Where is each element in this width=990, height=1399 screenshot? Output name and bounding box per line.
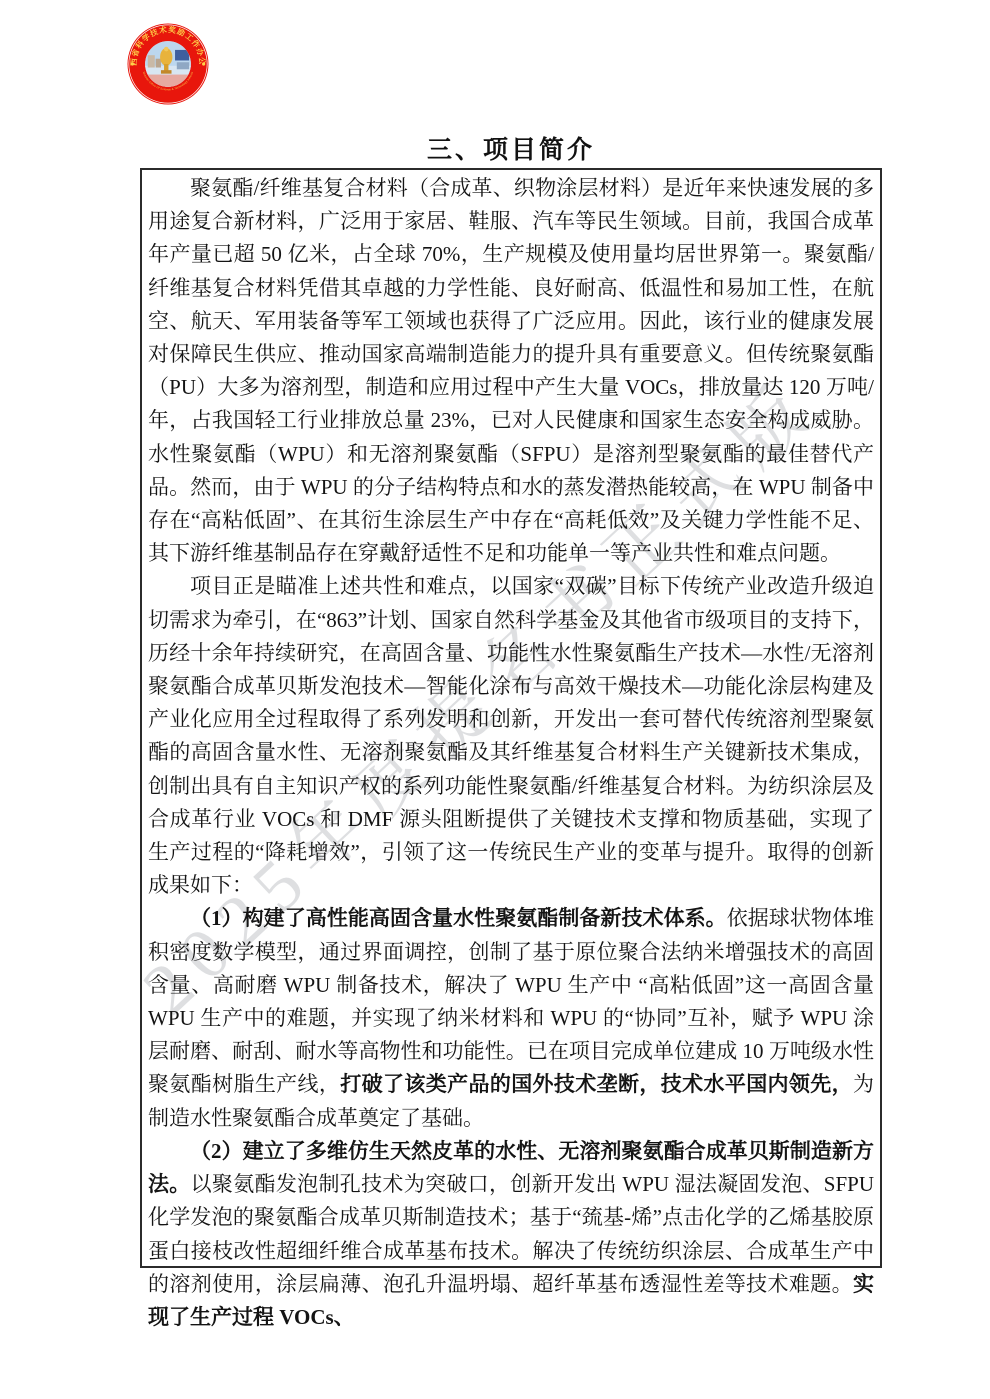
paragraph: 聚氨酯/纤维基复合材料（合成革、织物涂层材料）是近年来快速发展的多用途复合新材料… — [148, 172, 874, 570]
body-text-segment: 聚氨酯/纤维基复合材料（合成革、织物涂层材料）是近年来快速发展的多用途复合新材料… — [148, 176, 874, 565]
body-text-segment: 以聚氨酯发泡制孔技术为突破口，创新开发出 WPU 湿法凝固发泡、SFPU 化学发… — [148, 1172, 874, 1296]
body-text-segment: 项目正是瞄准上述共性和难点，以国家“双碳”目标下传统产业改造升级迫切需求为牵引，… — [148, 574, 874, 897]
paragraph: （1）构建了高性能高固含量水性聚氨酯制备新技术体系。依据球状物体堆积密度数学模型… — [148, 902, 874, 1134]
paragraph: （2）建立了多维仿生天然皮革的水性、无溶剂聚氨酯合成革贝斯制造新方法。以聚氨酯发… — [148, 1135, 874, 1334]
seal-left-star — [131, 62, 134, 65]
organization-seal-logo: 陕西省科学技术奖励工作办公室 Shaanxi Office Of Science… — [124, 20, 212, 108]
bold-text-segment: （1）构建了高性能高固含量水性聚氨酯制备新技术体系。 — [190, 906, 727, 930]
section-title: 三、项目简介 — [140, 130, 882, 166]
seal-right-star — [202, 62, 205, 65]
project-introduction-box: 聚氨酯/纤维基复合材料（合成革、织物涂层材料）是近年来快速发展的多用途复合新材料… — [140, 168, 882, 1268]
paragraph: 项目正是瞄准上述共性和难点，以国家“双碳”目标下传统产业改造升级迫切需求为牵引，… — [148, 570, 874, 902]
body-text-segment: 依据球状物体堆积密度数学模型，通过界面调控，创制了基于原位聚合法纳米增强技术的高… — [148, 906, 874, 1096]
seal-svg: 陕西省科学技术奖励工作办公室 Shaanxi Office Of Science… — [124, 20, 212, 108]
bold-text-segment: 打破了该类产品的国外技术垄断，技术水平国内领先， — [340, 1072, 853, 1096]
paragraphs-container: 聚氨酯/纤维基复合材料（合成革、织物涂层材料）是近年来快速发展的多用途复合新材料… — [148, 172, 874, 1334]
seal-center-image — [145, 41, 191, 87]
